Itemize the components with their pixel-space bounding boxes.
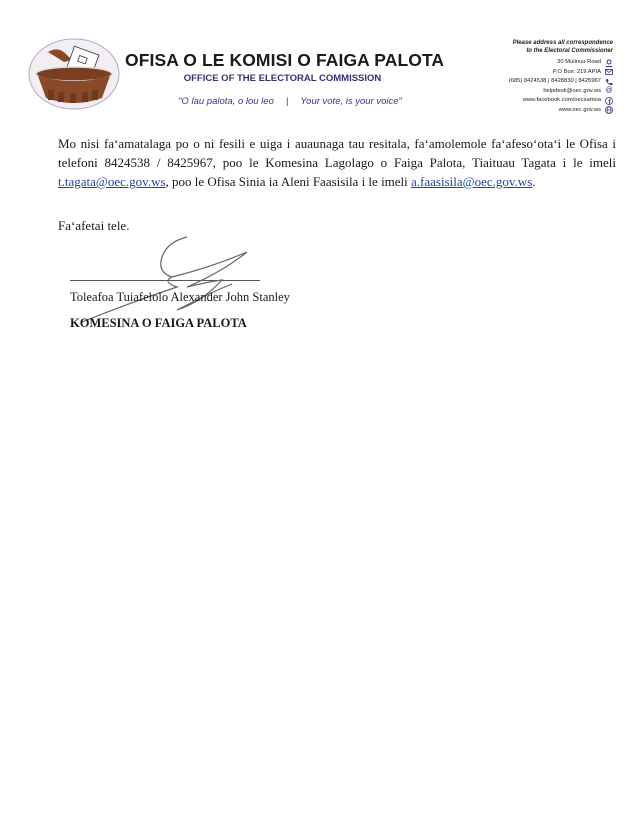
globe-icon [605, 106, 613, 114]
at-icon: @ [605, 87, 613, 95]
motto-samoan: "O lau palota, o lou leo [178, 96, 274, 107]
facebook-icon [605, 97, 613, 105]
contact-facebook[interactable]: www.facebook.com/oecsamoa [413, 96, 613, 106]
contact-facebook-link[interactable]: www.facebook.com/oecsamoa [523, 96, 601, 106]
ballot-box-logo-icon [28, 38, 120, 110]
location-pin-icon [605, 59, 613, 67]
contact-phone-text: (685) 8424538 | 8428830 | 8425967 [509, 77, 601, 87]
contact-po-box-text: P.O Box: 219 APIA [553, 68, 601, 78]
correspondence-note: Please address all correspondence to the… [413, 40, 613, 55]
motto-english: Your vote, is your voice" [300, 96, 402, 107]
motto-separator: | [286, 96, 288, 107]
contact-block: Please address all correspondence to the… [413, 40, 613, 115]
organization-subtitle: OFFICE OF THE ELECTORAL COMMISSION [125, 73, 440, 84]
body-text-segment: . [532, 174, 535, 189]
phone-icon [605, 78, 613, 86]
contact-po-box: P.O Box: 219 APIA [413, 68, 613, 78]
motto: "O lau palota, o lou leo | Your vote, is… [140, 96, 440, 107]
contact-phone: (685) 8424538 | 8428830 | 8425967 [413, 77, 613, 87]
email-link-tagata[interactable]: t.tagata@oec.gov.ws [58, 174, 166, 189]
contact-website-link[interactable]: www.oec.gov.ws [559, 106, 601, 116]
contact-email[interactable]: helpdesk@oec.gov.ws @ [413, 87, 613, 97]
body-text-segment: Mo nisi fa‘amatalaga po o ni fesili e ui… [58, 136, 616, 170]
contact-address-text: 30 Mulinuu Road [557, 58, 601, 68]
signatory-title: KOMESINA O FAIGA PALOTA [70, 316, 247, 331]
correspondence-note-line: to the Electoral Commissioner [413, 48, 613, 56]
contact-address: 30 Mulinuu Road [413, 58, 613, 68]
signatory-name: Toleafoa Tuiafelolo Alexander John Stanl… [70, 290, 290, 305]
correspondence-note-line: Please address all correspondence [413, 40, 613, 48]
body-text-segment: , poo le Ofisa Sinia ia Aleni Faasisila … [166, 174, 412, 189]
contact-email-link[interactable]: helpdesk@oec.gov.ws [543, 87, 601, 97]
email-link-faasisila[interactable]: a.faasisila@oec.gov.ws [411, 174, 532, 189]
mail-icon [605, 68, 613, 76]
organization-title: OFISA O LE KOMISI O FAIGA PALOTA [125, 50, 440, 71]
contact-website[interactable]: www.oec.gov.ws [413, 106, 613, 116]
body-paragraph: Mo nisi fa‘amatalaga po o ni fesili e ui… [58, 134, 616, 191]
